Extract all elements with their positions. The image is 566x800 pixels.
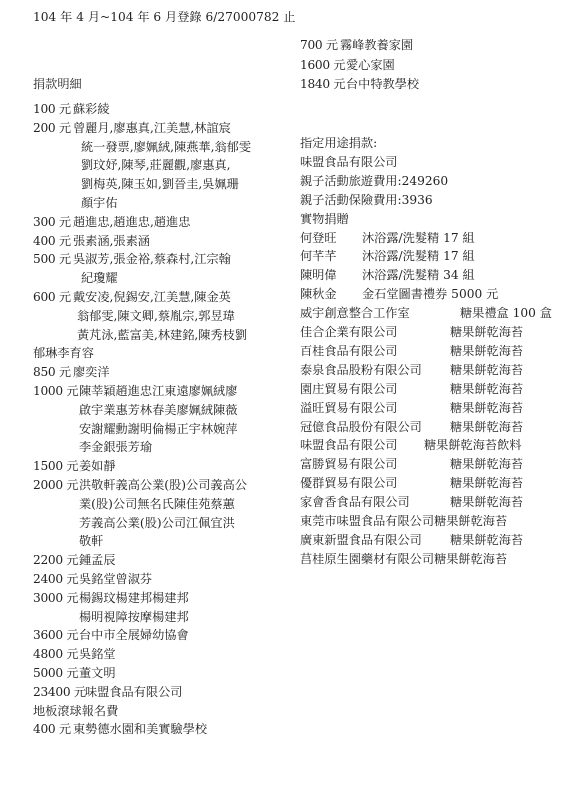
- donation-amount: 500 元: [33, 250, 73, 268]
- donation-entry-continued: 顏宇佑: [81, 194, 118, 212]
- donation-amount: 3000 元: [33, 589, 79, 607]
- donation-entry-continued: 統一發票,廖姵絨,陳燕華,翁郁雯: [81, 138, 251, 156]
- donation-entry-continued: 黃芃泳,藍富美,林建銘,陳秀枝劉: [77, 326, 247, 344]
- in-kind-entry: 富勝貿易有限公司糖果餅乾海苔: [300, 455, 523, 473]
- in-kind-item: 糖果餅乾海苔: [450, 401, 523, 415]
- donation-amount: 2000 元: [33, 476, 79, 494]
- in-kind-heading: 實物捐贈: [300, 210, 349, 228]
- in-kind-entry: 陳秋金金石堂圖書禮券 5000 元: [300, 285, 498, 303]
- donor-names: 楊錫玟楊建邦楊建邦: [79, 591, 189, 605]
- donor-names: 紀瓊耀: [81, 271, 118, 285]
- donation-entry-continued: 業(股)公司無名氏陳佳苑蔡蕙: [79, 495, 235, 513]
- donor-names: 趙進忠,趙進忠,趙進忠: [73, 215, 190, 229]
- in-kind-donor: 東莞市味盟食品有限公司: [300, 514, 434, 528]
- in-kind-entry: 園庄貿易有限公司糖果餅乾海苔: [300, 380, 523, 398]
- donor-names: 劉梅英,陳玉如,劉晉圭,吳姵珊: [81, 177, 239, 191]
- donation-entry-continued: 安謝耀勳謝明倫楊正宇林婉萍: [79, 420, 237, 438]
- donation-entry-continued: 楊明視障按摩楊建邦: [79, 608, 189, 626]
- in-kind-item: 糖果餅乾海苔: [450, 325, 523, 339]
- donor-names: 業(股)公司無名氏陳佳苑蔡蕙: [79, 497, 235, 511]
- designated-item-text: 親子活動旅遊費用:249260: [300, 174, 448, 188]
- donation-entry: 4800 元吳銘堂: [33, 645, 116, 663]
- in-kind-item: 糖果餅乾海苔: [450, 382, 523, 396]
- in-kind-item: 沐浴露/洗髮精 17 組: [362, 249, 475, 263]
- donation-entry: 600 元戴安凌,倪錫安,江美慧,陳金英: [33, 288, 231, 306]
- donation-amount: 5000 元: [33, 664, 79, 682]
- donor-names: 黃芃泳,藍富美,林建銘,陳秀枝劉: [77, 328, 247, 342]
- donation-entry-continued: 李金銀張芳瑜: [79, 438, 152, 456]
- donation-amount: 2200 元: [33, 551, 79, 569]
- donation-entry-continued: 劉玟妤,陳琴,莊麗觀,廖惠真,: [81, 156, 231, 174]
- in-kind-donor: 百桂食品有限公司: [300, 342, 450, 360]
- donor-names: 啟宇業惠芳林春美廖姵絨陳薇: [79, 403, 237, 417]
- donation-entry: 2200 元鍾孟辰: [33, 551, 116, 569]
- donation-entry: 400 元張素涵,張素涵: [33, 232, 150, 250]
- donation-entry: 100 元蘇彩綾: [33, 100, 110, 118]
- in-kind-entry: 溢旺貿易有限公司糖果餅乾海苔: [300, 399, 523, 417]
- donor-names: 敬軒: [79, 534, 103, 548]
- in-kind-entry: 味盟食品有限公司糖果餅乾海苔飲料: [300, 436, 522, 454]
- in-kind-item: 糖果餅乾海苔: [450, 344, 523, 358]
- donation-amount: 850 元: [33, 363, 73, 381]
- section-text: 捐款明細: [33, 77, 82, 91]
- in-kind-entry: 何芊芊沐浴露/洗髮精 17 組: [300, 247, 475, 265]
- donation-entry: 200 元曾麗月,廖惠真,江美慧,林誼宸: [33, 119, 231, 137]
- in-kind-item: 糖果餅乾海苔: [450, 363, 523, 377]
- donor-names: 曾麗月,廖惠真,江美慧,林誼宸: [73, 121, 231, 135]
- donor-names: 楊明視障按摩楊建邦: [79, 610, 189, 624]
- in-kind-entry: 泰泉食品股粉有限公司糖果餅乾海苔: [300, 361, 523, 379]
- donor-names: 吳銘堂曾淑芬: [79, 572, 152, 586]
- donor-names: 廖奕洋: [73, 365, 110, 379]
- in-kind-entry: 廣東新盟食品有限公司糖果餅乾海苔: [300, 531, 523, 549]
- donor-names: 陳莘穎趙進忠江東遠廖姵絨廖: [79, 384, 237, 398]
- in-kind-entry: 佳合企業有限公司糖果餅乾海苔: [300, 323, 523, 341]
- donor-names: 鍾孟辰: [79, 553, 116, 567]
- donor-names: 戴安凌,倪錫安,江美慧,陳金英: [73, 290, 231, 304]
- donation-amount: 300 元: [33, 213, 73, 231]
- donation-entry: 500 元吳淑芳,張金裕,蔡森村,江宗翰: [33, 250, 231, 268]
- in-kind-entry: 威宇創意整合工作室糖果禮盒 100 盒: [300, 304, 552, 322]
- in-kind-entry: 何登旺沐浴露/洗髮精 17 組: [300, 229, 475, 247]
- donation-entry: 400 元東勢德水園和美實驗學校: [33, 720, 207, 738]
- designated-item-text: 親子活動保險費用:3936: [300, 193, 433, 207]
- donation-entry-continued: 紀瓊耀: [81, 269, 118, 287]
- donor-names: 郁琳李育容: [33, 346, 94, 360]
- in-kind-item: 糖果餅乾海苔: [434, 514, 507, 528]
- in-kind-item: 糖果餅乾海苔: [450, 476, 523, 490]
- in-kind-donor: 陳明偉: [300, 266, 362, 284]
- in-kind-entry: 冠億食品股份有限公司糖果餅乾海苔: [300, 418, 523, 436]
- donor-names: 吳淑芳,張金裕,蔡森村,江宗翰: [73, 252, 231, 266]
- title-text: 104 年 4 月~104 年 6 月登錄 6/27000782 止: [33, 10, 295, 24]
- donor-names: 芳義高公業(股)公司江佩宜洪: [79, 516, 235, 530]
- donation-entry: 1840 元台中特教學校: [300, 75, 419, 93]
- in-kind-item: 糖果餅乾海苔: [450, 457, 523, 471]
- donation-amount: 23400 元: [33, 683, 85, 701]
- in-kind-donor: 莒桂原生園藥材有限公司: [300, 552, 434, 566]
- in-kind-entry: 家會香食品有限公司糖果餅乾海苔: [300, 493, 523, 511]
- donation-entry: 23400 元味盟食品有限公司: [33, 683, 183, 701]
- in-kind-donor: 園庄貿易有限公司: [300, 380, 450, 398]
- donor-names: 李金銀張芳瑜: [79, 440, 152, 454]
- in-kind-donor: 溢旺貿易有限公司: [300, 399, 450, 417]
- in-kind-donor: 何登旺: [300, 229, 362, 247]
- in-kind-donor: 味盟食品有限公司: [300, 436, 424, 454]
- donation-entry: 3000 元楊錫玟楊建邦楊建邦: [33, 589, 189, 607]
- designated-heading-text: 指定用途捐款:: [300, 136, 377, 150]
- donation-entry: 2400 元吳銘堂曾淑芬: [33, 570, 152, 588]
- recipient-name: 霧峰教養家園: [340, 38, 413, 52]
- donation-amount: 400 元: [33, 720, 73, 738]
- donor-names: 味盟食品有限公司: [85, 685, 183, 699]
- donor-names: 洪敬軒義高公業(股)公司義高公: [79, 478, 247, 492]
- donation-entry: 1000 元陳莘穎趙進忠江東遠廖姵絨廖: [33, 382, 237, 400]
- in-kind-item: 糖果餅乾海苔飲料: [424, 438, 522, 452]
- donation-entry-continued: 劉梅英,陳玉如,劉晉圭,吳姵珊: [81, 175, 239, 193]
- designated-donor-text: 味盟食品有限公司: [300, 155, 398, 169]
- in-kind-entry: 優群貿易有限公司糖果餅乾海苔: [300, 474, 523, 492]
- donation-amount: 100 元: [33, 100, 73, 118]
- donation-entry: 3600 元台中市全展婦幼協會: [33, 626, 189, 644]
- donation-entry-continued: 敬軒: [79, 532, 103, 550]
- donation-amount: 700 元: [300, 36, 340, 54]
- donor-names: 翁郁雯,陳文卿,蔡胤宗,郭昱瑋: [77, 309, 235, 323]
- subsection-heading: 地板滾球報名費: [33, 702, 118, 720]
- designated-item: 親子活動旅遊費用:249260: [300, 172, 448, 190]
- donation-entry-continued: 啟宇業惠芳林春美廖姵絨陳薇: [79, 401, 237, 419]
- in-kind-entry: 百桂食品有限公司糖果餅乾海苔: [300, 342, 523, 360]
- in-kind-item: 糖果禮盒 100 盒: [460, 306, 552, 320]
- donation-amount: 1500 元: [33, 457, 79, 475]
- designated-item: 親子活動保險費用:3936: [300, 191, 433, 209]
- donation-amount: 1000 元: [33, 382, 79, 400]
- recipient-name: 台中特教學校: [346, 77, 419, 91]
- donor-names: 顏宇佑: [81, 196, 118, 210]
- donation-amount: 4800 元: [33, 645, 79, 663]
- donor-names: 蘇彩綾: [73, 102, 110, 116]
- donation-amount: 2400 元: [33, 570, 79, 588]
- donation-entry-continued: 郁琳李育容: [33, 344, 94, 362]
- section-heading: 捐款明細: [33, 75, 82, 93]
- donor-names: 吳銘堂: [79, 647, 116, 661]
- in-kind-donor: 佳合企業有限公司: [300, 323, 450, 341]
- donation-amount: 1600 元: [300, 56, 346, 74]
- in-kind-item: 糖果餅乾海苔: [450, 495, 523, 509]
- designated-heading: 指定用途捐款:: [300, 134, 377, 152]
- donation-entry: 1600 元愛心家園: [300, 56, 395, 74]
- in-kind-donor: 富勝貿易有限公司: [300, 455, 450, 473]
- donor-names: 姜如靜: [79, 459, 116, 473]
- donation-amount: 600 元: [33, 288, 73, 306]
- donation-amount: 200 元: [33, 119, 73, 137]
- in-kind-entry: 陳明偉沐浴露/洗髮精 34 組: [300, 266, 475, 284]
- recipient-name: 東勢德水園和美實驗學校: [73, 722, 207, 736]
- donation-entry-continued: 翁郁雯,陳文卿,蔡胤宗,郭昱瑋: [77, 307, 235, 325]
- donor-names: 董文明: [79, 666, 116, 680]
- donor-names: 劉玟妤,陳琴,莊麗觀,廖惠真,: [81, 158, 231, 172]
- donor-names: 安謝耀勳謝明倫楊正宇林婉萍: [79, 422, 237, 436]
- in-kind-item: 糖果餅乾海苔: [434, 552, 507, 566]
- donor-names: 張素涵,張素涵: [73, 234, 150, 248]
- in-kind-heading-text: 實物捐贈: [300, 212, 349, 226]
- in-kind-donor: 家會香食品有限公司: [300, 493, 450, 511]
- recipient-name: 愛心家園: [346, 58, 395, 72]
- in-kind-item: 金石堂圖書禮券 5000 元: [362, 287, 498, 301]
- in-kind-donor: 陳秋金: [300, 285, 362, 303]
- in-kind-donor: 何芊芊: [300, 247, 362, 265]
- in-kind-donor: 廣東新盟食品有限公司: [300, 531, 450, 549]
- in-kind-donor: 冠億食品股份有限公司: [300, 418, 450, 436]
- in-kind-donor: 威宇創意整合工作室: [300, 304, 460, 322]
- donor-names: 統一發票,廖姵絨,陳燕華,翁郁雯: [81, 140, 251, 154]
- subsection-text: 地板滾球報名費: [33, 704, 118, 718]
- donation-amount: 400 元: [33, 232, 73, 250]
- donation-entry: 850 元廖奕洋: [33, 363, 110, 381]
- designated-donor: 味盟食品有限公司: [300, 153, 398, 171]
- in-kind-entry: 東莞市味盟食品有限公司糖果餅乾海苔: [300, 512, 507, 530]
- in-kind-item: 糖果餅乾海苔: [450, 420, 523, 434]
- document-title: 104 年 4 月~104 年 6 月登錄 6/27000782 止: [33, 8, 295, 26]
- in-kind-entry: 莒桂原生園藥材有限公司糖果餅乾海苔: [300, 550, 507, 568]
- in-kind-item: 糖果餅乾海苔: [450, 533, 523, 547]
- donation-entry-continued: 芳義高公業(股)公司江佩宜洪: [79, 514, 235, 532]
- in-kind-item: 沐浴露/洗髮精 17 組: [362, 231, 475, 245]
- in-kind-donor: 泰泉食品股粉有限公司: [300, 361, 450, 379]
- donation-entry: 300 元趙進忠,趙進忠,趙進忠: [33, 213, 190, 231]
- in-kind-item: 沐浴露/洗髮精 34 組: [362, 268, 475, 282]
- donation-entry: 1500 元姜如靜: [33, 457, 116, 475]
- donation-amount: 1840 元: [300, 75, 346, 93]
- donor-names: 台中市全展婦幼協會: [79, 628, 189, 642]
- donation-entry: 700 元霧峰教養家園: [300, 36, 413, 54]
- donation-entry: 2000 元洪敬軒義高公業(股)公司義高公: [33, 476, 247, 494]
- donation-entry: 5000 元董文明: [33, 664, 116, 682]
- in-kind-donor: 優群貿易有限公司: [300, 474, 450, 492]
- donation-amount: 3600 元: [33, 626, 79, 644]
